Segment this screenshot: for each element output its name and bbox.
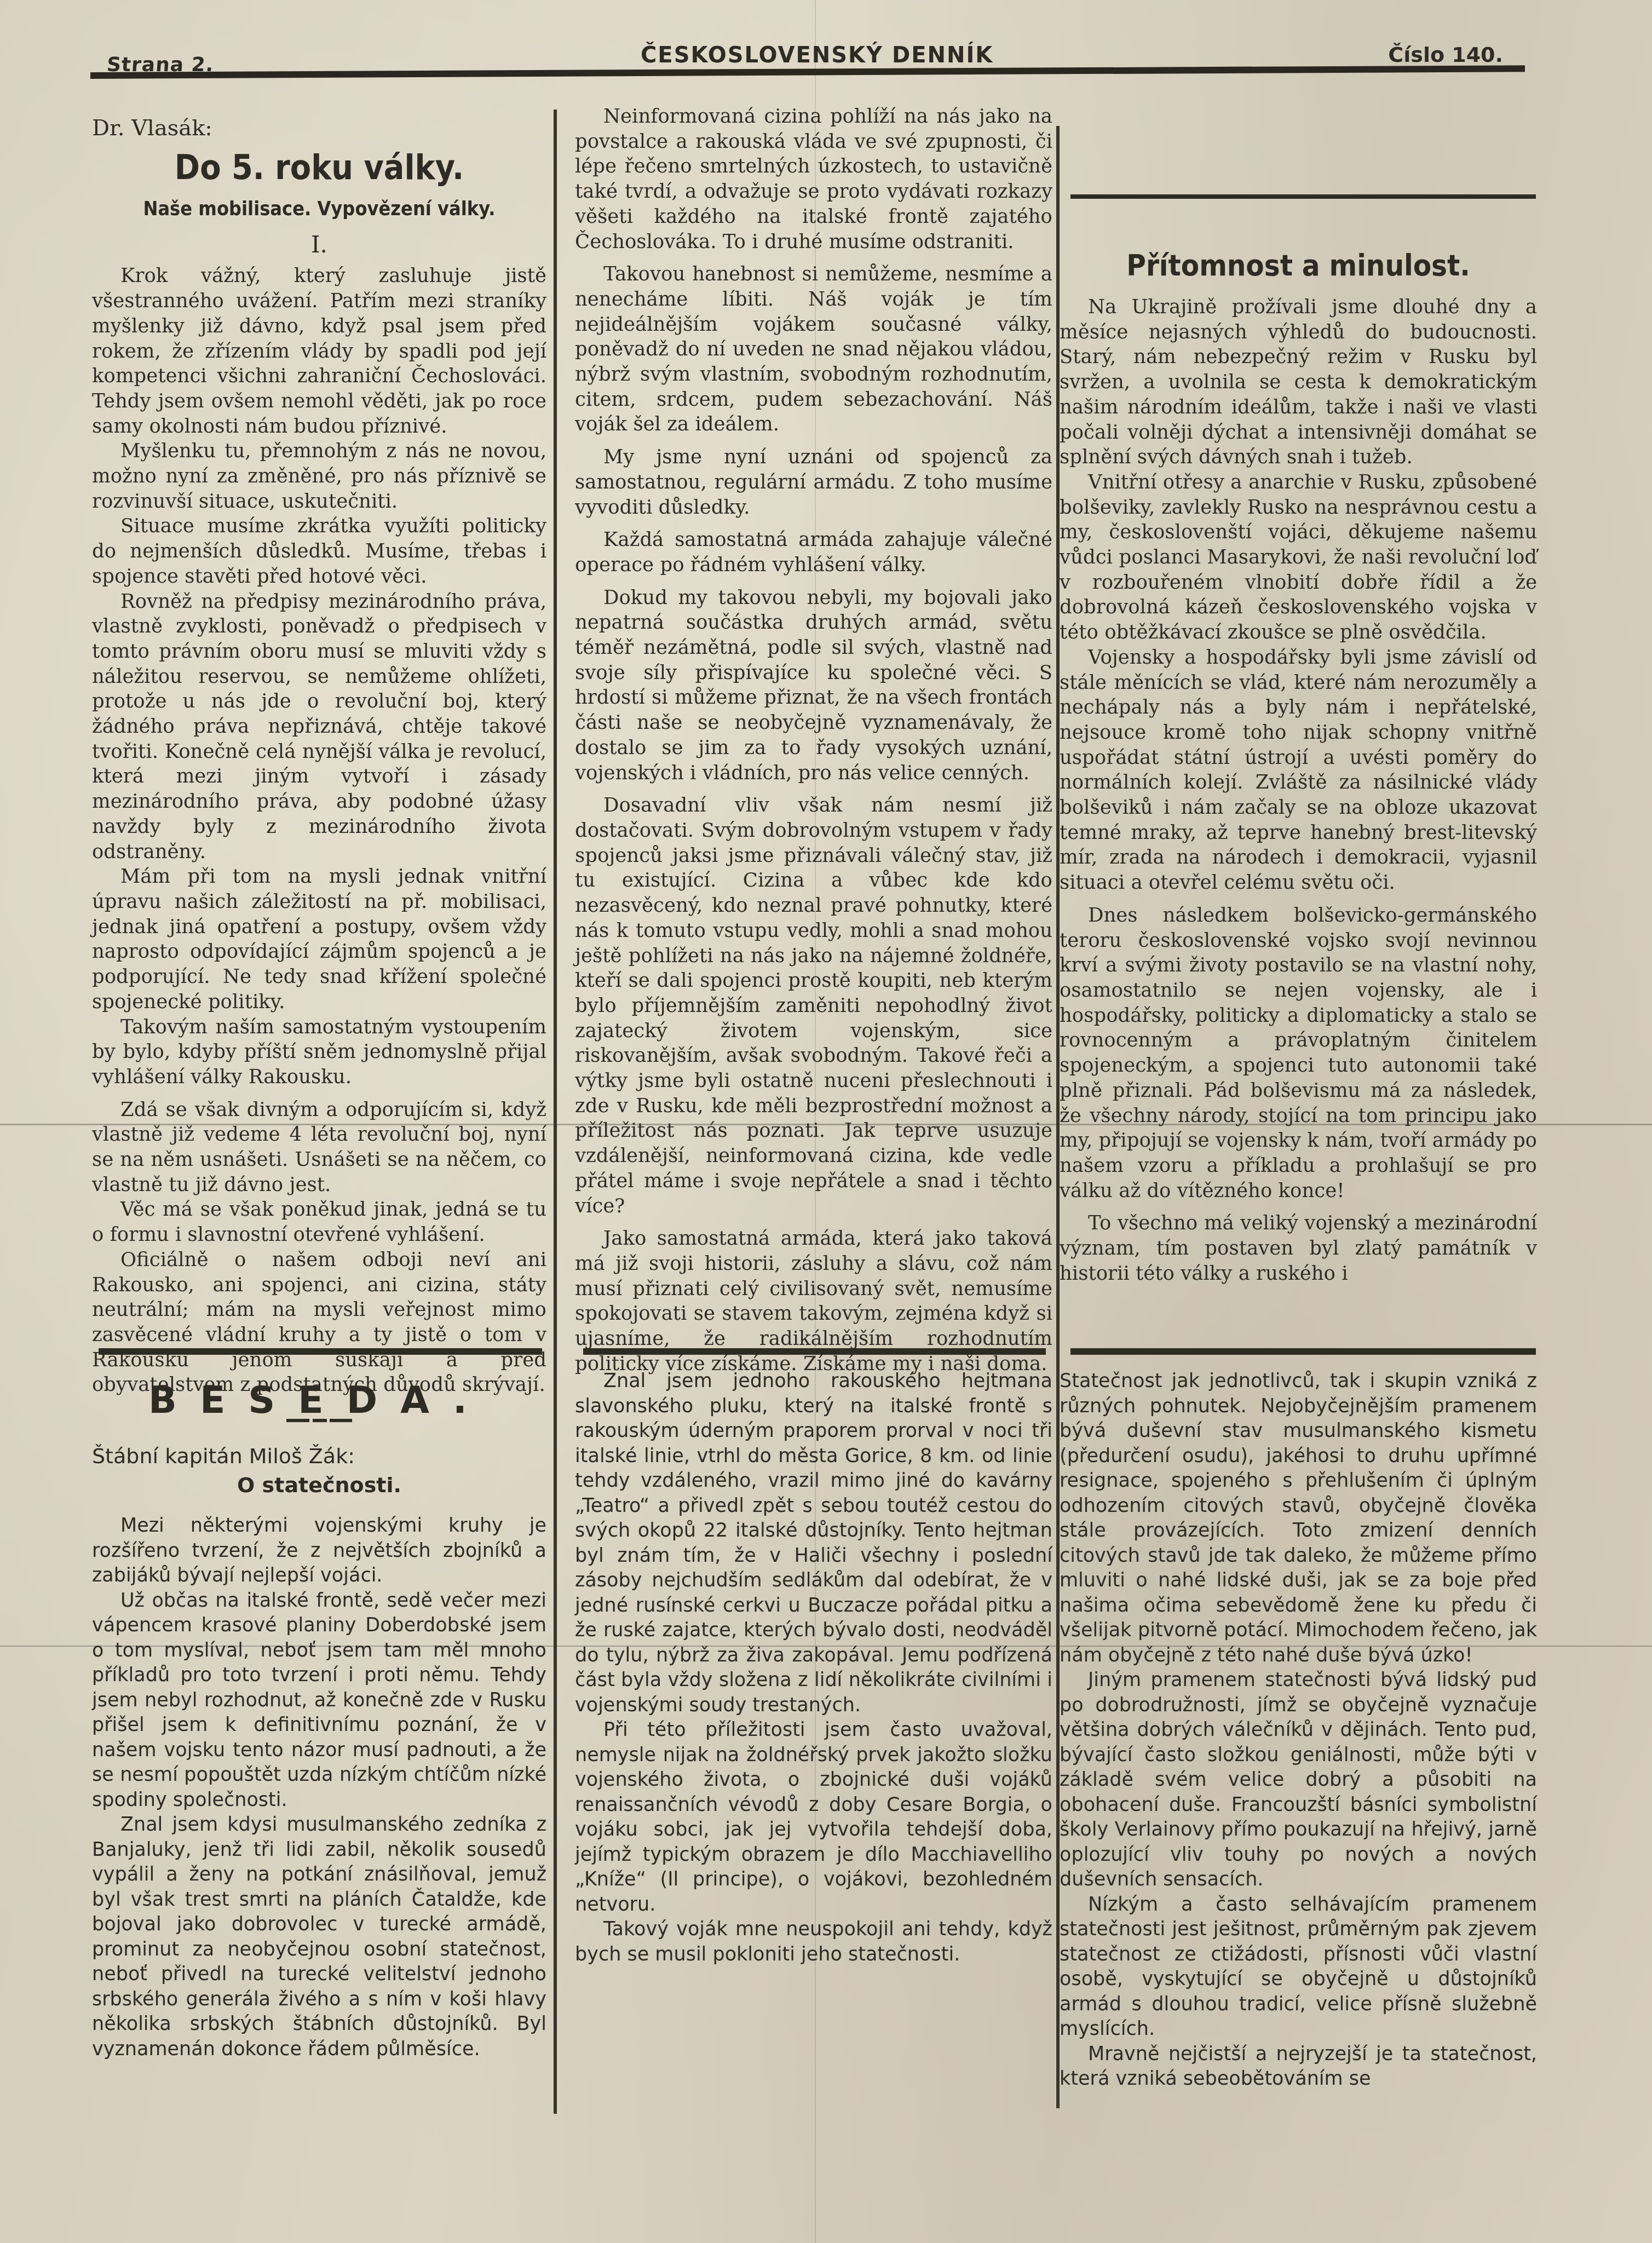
paragraph: Situace musíme zkrátka využíti politicky…: [92, 514, 546, 589]
paragraph: Neinformovaná cizina pohlíží na nás jako…: [575, 104, 1052, 254]
column-1: Dr. Vlasák: Do 5. roku války. Naše mobil…: [92, 104, 546, 1397]
paragraph: Jiným pramenem statečnosti bývá lidský p…: [1060, 1668, 1537, 1893]
paragraph: Mezi některými vojenskými kruhy je rozší…: [92, 1514, 546, 1589]
paragraph: Dosavadní vliv však nám nesmí již dostač…: [575, 793, 1052, 1218]
paragraph: Nízkým a často selhávajícím pramenem sta…: [1060, 1893, 1537, 2042]
section-numeral: I.: [92, 232, 546, 257]
beseda-heading: BESEDA.: [92, 1388, 546, 1413]
masthead: Strana 2. ČESKOSLOVENSKÝ DENNÍK Číslo 14…: [90, 38, 1525, 82]
article-title: Přítomnost a minulost.: [1084, 246, 1513, 285]
paragraph: To všechno má veliký vojenský a mezináro…: [1060, 1211, 1537, 1286]
paragraph: Znal jsem jednoho rakouského hejtmana sl…: [575, 1369, 1052, 1718]
paragraph: Rovněž na předpisy mezinárodního práva, …: [92, 589, 546, 865]
paragraph: Při této příležitosti jsem často uvažova…: [575, 1718, 1052, 1917]
section-rule: [1070, 1348, 1536, 1355]
newspaper-title: ČESKOSLOVENSKÝ DENNÍK: [641, 43, 993, 68]
column-2: Neinformovaná cizina pohlíží na nás jako…: [575, 104, 1052, 1376]
paragraph: Věc má se však poněkud jinak, jedná se t…: [92, 1197, 546, 1247]
beseda-title: O statečnosti.: [92, 1473, 546, 1498]
paragraph: Znal jsem kdysi musulmanského zedníka z …: [92, 1813, 546, 2062]
paragraph: Myšlenku tu, přemnohým z nás ne novou, m…: [92, 439, 546, 514]
paragraph: Takovým naším samostatným vystoupením by…: [92, 1015, 546, 1090]
beseda-byline: Štábní kapitán Miloš Žák:: [92, 1444, 546, 1469]
issue-number: Číslo 140.: [1388, 43, 1503, 67]
paragraph: Na Ukrajině prožívali jsme dlouhé dny a …: [1060, 295, 1537, 470]
beseda-section: BESEDA. Štábní kapitán Miloš Žák: O stat…: [92, 1364, 546, 2062]
paragraph: Jako samostatná armáda, která jako takov…: [575, 1226, 1052, 1376]
newspaper-page: Strana 2. ČESKOSLOVENSKÝ DENNÍK Číslo 14…: [0, 0, 1652, 2243]
paragraph: Vojensky a hospodářsky byli jsme závislí…: [1060, 645, 1537, 895]
paragraph: Takový voják mne neuspokojil ani tehdy, …: [575, 1917, 1052, 1967]
paragraph: Vnitřní otřesy a anarchie v Rusku, způso…: [1060, 470, 1537, 645]
paragraph: Každá samostatná armáda zahajuje válečné…: [575, 527, 1052, 577]
column-3: Přítomnost a minulost. Na Ukrajině proží…: [1060, 104, 1537, 1286]
article-byline: Dr. Vlasák:: [92, 116, 546, 141]
paragraph: Krok vážný, který zasluhuje jistě všestr…: [92, 263, 546, 439]
article-subtitle: Naše mobilisace. Vypovězení války.: [110, 196, 528, 222]
paragraph: Dokud my takovou nebyli, my bojovali jak…: [575, 585, 1052, 786]
paragraph: Statečnost jak jednotlivců, tak i skupin…: [1060, 1369, 1537, 1668]
paragraph: My jsme nyní uznáni od spojenců za samos…: [575, 445, 1052, 520]
paragraph: Takovou hanebnost si nemůžeme, nesmíme a…: [575, 262, 1052, 437]
paragraph: Mám při tom na mysli jednak vnitřní úpra…: [92, 864, 546, 1014]
article-title: Do 5. roku války.: [115, 146, 524, 189]
paragraph: Mravně nejčistší a nejryzejší je ta stat…: [1060, 2042, 1537, 2092]
paragraph: Dnes následkem bolševicko-germánského te…: [1060, 903, 1537, 1203]
paragraph: Zdá se však divným a odporujícím si, kdy…: [92, 1097, 546, 1198]
paragraph: Už občas na italské frontě, sedě večer m…: [92, 1589, 546, 1813]
column-divider: [554, 110, 557, 2114]
